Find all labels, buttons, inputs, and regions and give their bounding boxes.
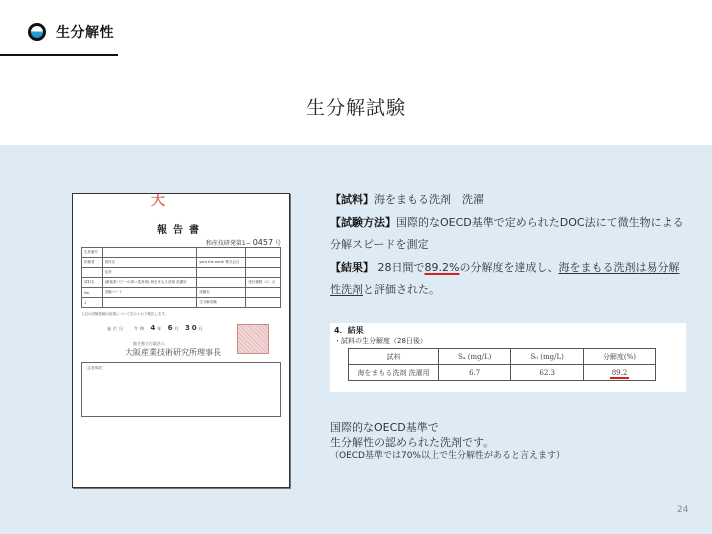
report-cell: 試験名 <box>197 288 246 298</box>
col-degradation: 分解度(%) <box>583 349 655 365</box>
notes-title: 〔注意事項〕 <box>84 366 105 370</box>
report-cell: 受付個数（1）点 <box>246 278 281 288</box>
date-day: 30 <box>185 324 199 332</box>
report-cell: sara the earth 株式会社 <box>197 258 246 268</box>
col-sample: 試料 <box>349 349 439 365</box>
report-table: 生産番号依頼者団体名sara the earth 株式会社住所試料名(酵素系パワ… <box>81 247 281 308</box>
report-cell: 試験コード <box>102 288 197 298</box>
table-row: 試料名(酵素系パワーの高い洗浄剤) 海をまもる洗剤 洗濯用受付個数（1）点 <box>82 278 281 288</box>
sample-text: 海をまもる洗剤 洗濯 <box>374 193 484 206</box>
result-excerpt-image: 4．結果 ・試料の生分解度（28日後） 試料 Sₐ (mg/L) S₀ (mg/… <box>330 323 686 392</box>
info-sample: 【試料】海をまもる洗剤 洗濯 <box>330 189 690 212</box>
table-row: 海をまもる洗剤 洗濯用 6.7 62.3 89.2 <box>349 365 656 381</box>
report-cell <box>197 278 246 288</box>
summary-note: （OECD基準では70%以上で生分解性があると言えます） <box>330 450 565 463</box>
result-post: と評価された。 <box>363 283 440 296</box>
doc-number: 0457 <box>253 238 273 247</box>
degradation-value: 89.2 <box>610 369 630 379</box>
table-row: 依頼者団体名sara the earth 株式会社 <box>82 258 281 268</box>
date-era: 令和 <box>134 326 146 331</box>
report-doc-number: 和産技研発第1− 0457 号 <box>206 238 281 247</box>
table-row: 生産番号 <box>82 248 281 258</box>
report-cell: 1 <box>82 298 103 308</box>
report-cell <box>246 248 281 258</box>
doc-number-suffix: 号 <box>275 240 281 247</box>
report-cell: No. <box>82 288 103 298</box>
official-stamp <box>237 324 269 354</box>
report-cell <box>102 298 197 308</box>
info-method: 【試験方法】国際的なOECD基準で定められたDOC法にて微生物による分解スピード… <box>330 212 690 257</box>
table-row: 1生分解試験 <box>82 298 281 308</box>
result-percentage: 89.2% <box>425 261 460 274</box>
report-date: 発行日 令和 4年 6月 30日 <box>107 324 205 332</box>
section-header: 生分解性 <box>28 22 114 42</box>
slide-title: 生分解試験 <box>0 93 712 120</box>
cell-sample: 海をまもる洗剤 洗濯用 <box>349 365 439 381</box>
doc-number-label: 和産技研発第1− <box>206 240 251 247</box>
report-cell: (酵素系パワーの高い洗浄剤) 海をまもる洗剤 洗濯用 <box>102 278 197 288</box>
section-title: 生分解性 <box>56 22 114 42</box>
excerpt-table: 試料 Sₐ (mg/L) S₀ (mg/L) 分解度(%) 海をまもる洗剤 洗濯… <box>348 348 656 381</box>
result-pre: 28日間で <box>374 261 425 274</box>
result-mid: の分解度を達成し、 <box>459 261 558 274</box>
report-cell <box>197 268 246 278</box>
report-cell: 住所 <box>102 268 197 278</box>
report-cell <box>82 268 103 278</box>
excerpt-subheading: ・試料の生分解度（28日後） <box>334 336 686 346</box>
report-cell: 団体名 <box>102 258 197 268</box>
report-cell: 試料名 <box>82 278 103 288</box>
col-sa: Sₐ (mg/L) <box>439 349 511 365</box>
report-cell <box>197 248 246 258</box>
report-document-image: 大 報告書 和産技研発第1− 0457 号 生産番号依頼者団体名sara the… <box>72 193 290 488</box>
report-cell: 生分解試験 <box>197 298 246 308</box>
summary-line-1: 国際的なOECD基準で <box>330 420 565 435</box>
report-cell: 生産番号 <box>82 248 103 258</box>
summary-line-2: 生分解性の認められた洗剤です。 <box>330 435 565 450</box>
report-cell <box>102 248 197 258</box>
report-cell <box>246 258 281 268</box>
report-cell <box>246 288 281 298</box>
test-info: 【試料】海をまもる洗剤 洗濯 【試験方法】国際的なOECD基準で定められたDOC… <box>330 189 690 302</box>
table-row: 住所 <box>82 268 281 278</box>
date-label: 発行日 <box>107 326 125 331</box>
col-s0: S₀ (mg/L) <box>511 349 584 365</box>
report-title: 報告書 <box>73 221 289 236</box>
method-label: 【試験方法】 <box>330 216 396 229</box>
table-header-row: 試料 Sₐ (mg/L) S₀ (mg/L) 分解度(%) <box>349 349 656 365</box>
report-notes: 〔注意事項〕 <box>81 362 281 417</box>
excerpt-heading: 4．結果 <box>334 326 686 336</box>
page-number: 24 <box>677 505 688 515</box>
date-month: 6 <box>168 324 175 332</box>
cell-s0: 62.3 <box>511 365 584 381</box>
cell-degradation: 89.2 <box>583 365 655 381</box>
org-name: 大阪産業技術研究所理事長 <box>125 347 221 358</box>
result-label: 【結果】 <box>330 261 374 274</box>
report-cell <box>246 298 281 308</box>
seal-icon: 大 <box>151 193 165 210</box>
report-cell <box>246 268 281 278</box>
globe-icon <box>28 23 46 41</box>
cell-sa: 6.7 <box>439 365 511 381</box>
table-row: No.試験コード試験名 <box>82 288 281 298</box>
report-cell: 依頼者 <box>82 258 103 268</box>
summary: 国際的なOECD基準で 生分解性の認められた洗剤です。 （OECD基準では70%… <box>330 420 565 463</box>
sample-label: 【試料】 <box>330 193 374 206</box>
info-result: 【結果】 28日間で89.2%の分解度を達成し、海をまもる洗剤は易分解性洗剤と評… <box>330 257 690 302</box>
report-statement: 上記の試験依頼の結果について次のとおり報告します。 <box>81 312 281 317</box>
header-divider <box>0 54 118 56</box>
